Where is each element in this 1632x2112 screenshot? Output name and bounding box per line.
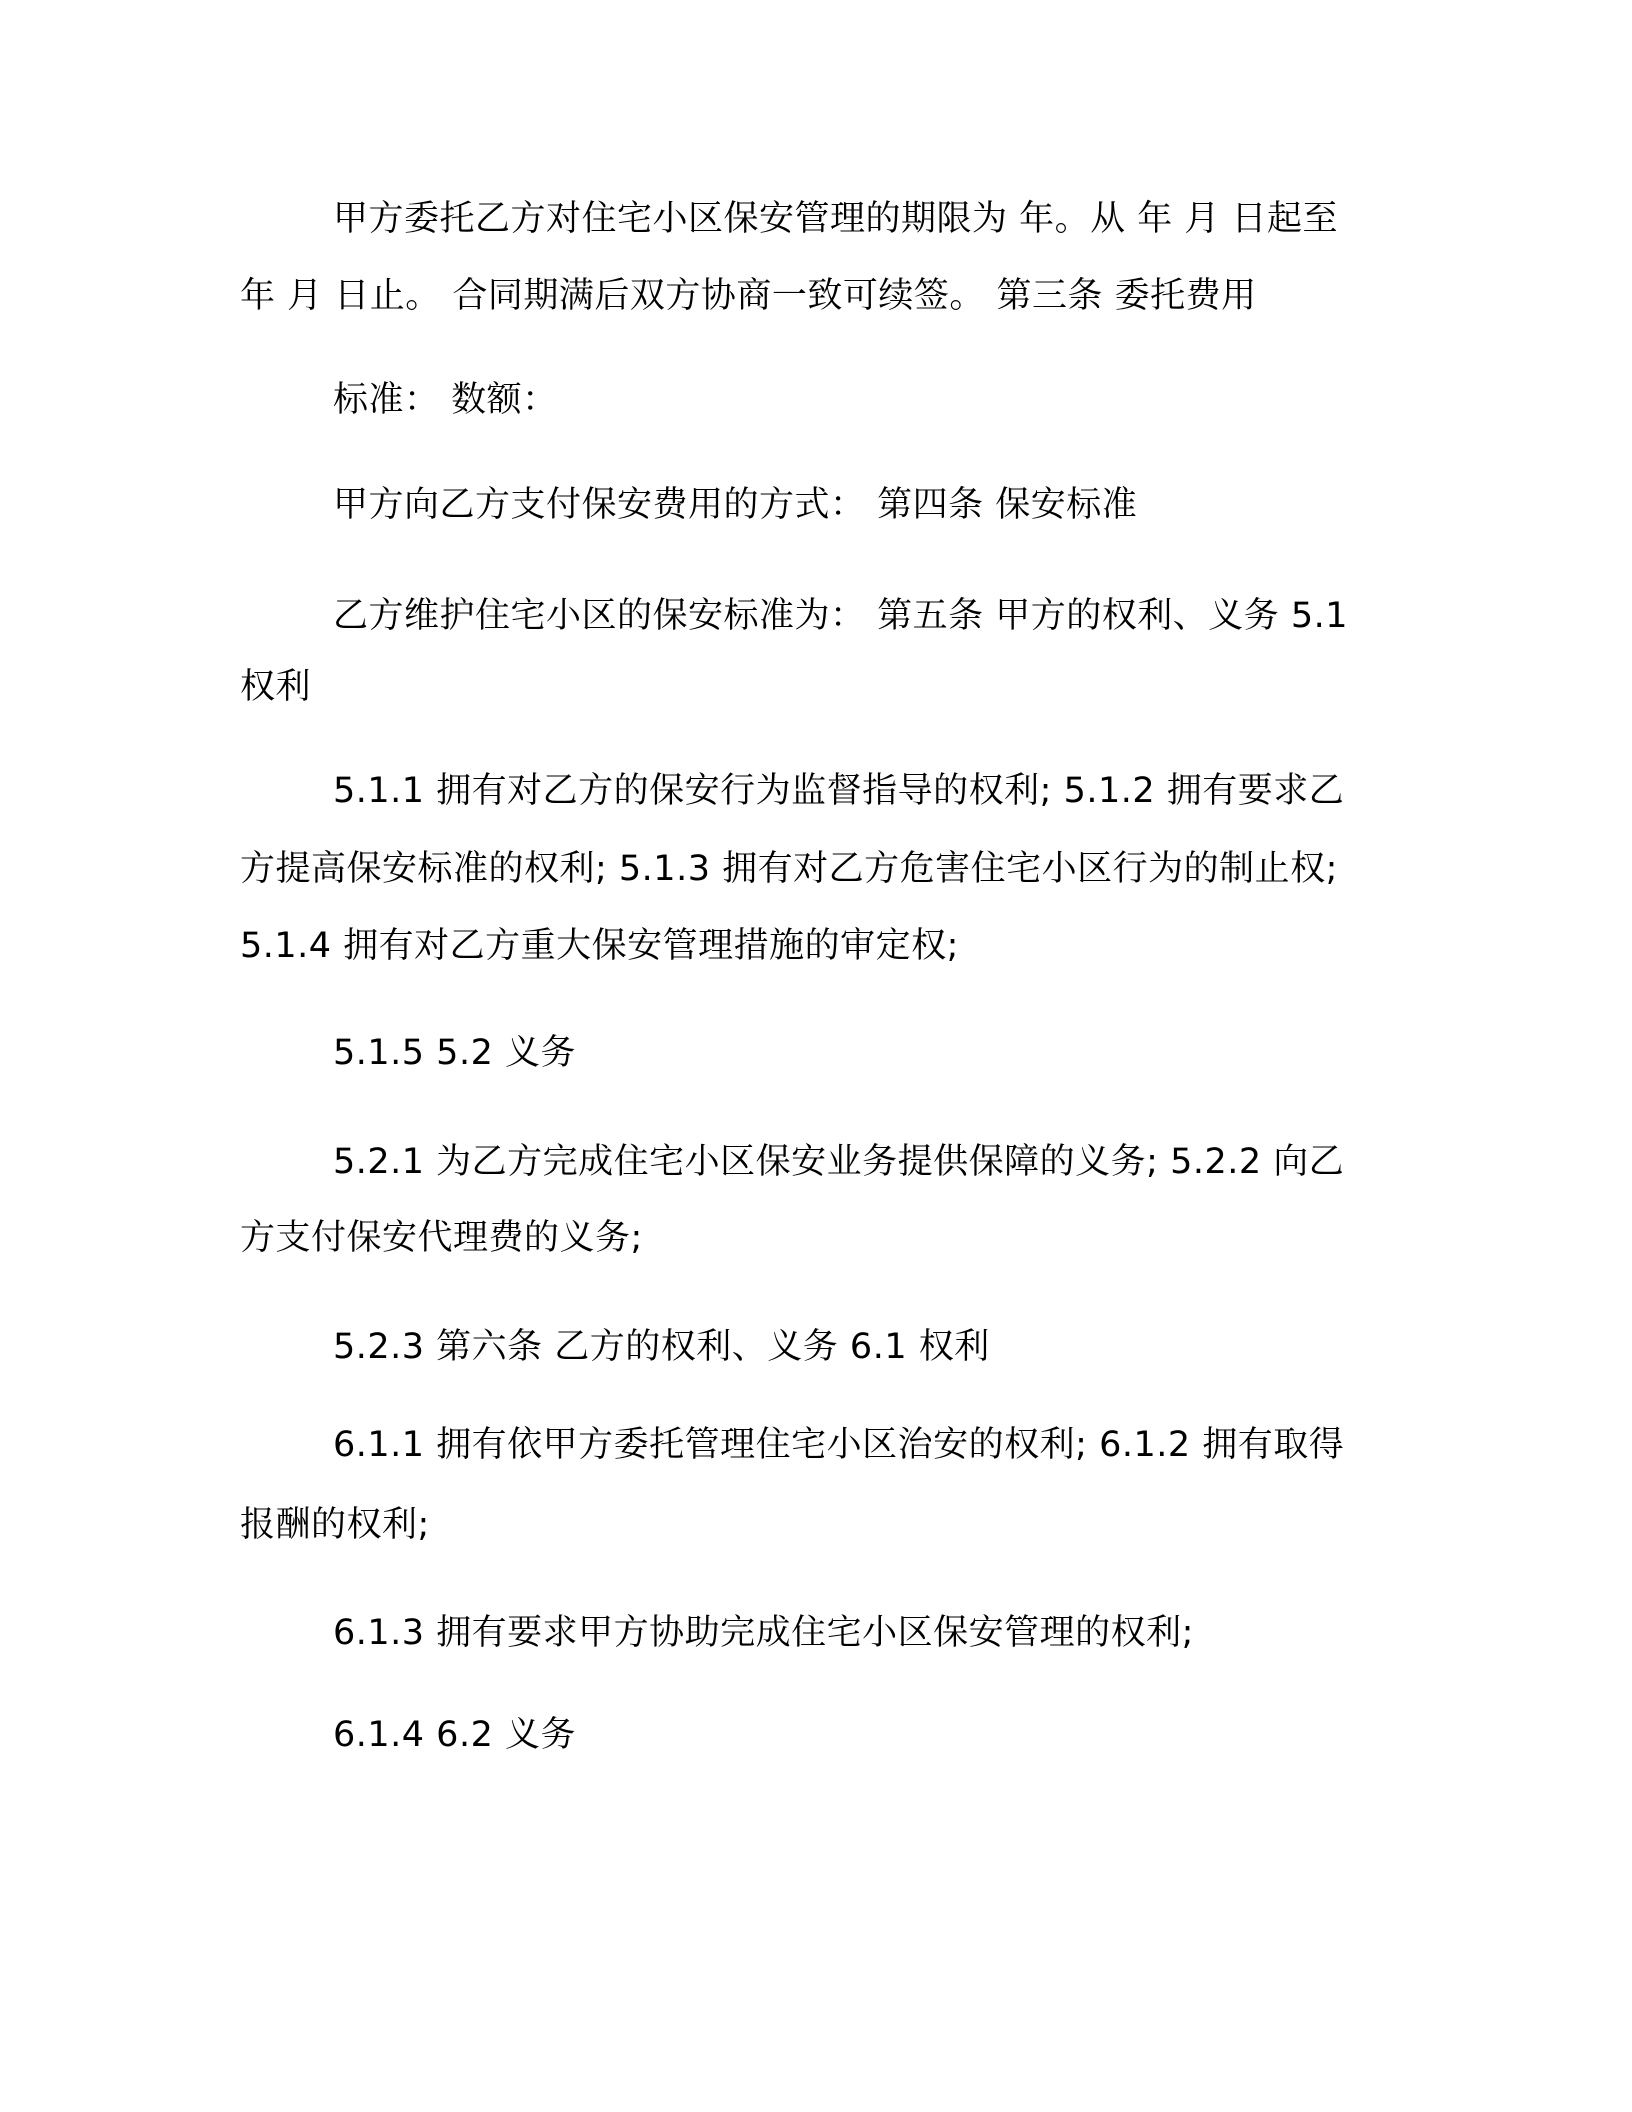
text-line: 5.1.5 5.2 义务 (333, 1028, 576, 1078)
text-line: 乙方维护住宅小区的保安标准为： 第五条 甲方的权利、义务 5.1 (333, 591, 1348, 641)
text-line: 方支付保安代理费的义务; (240, 1213, 643, 1263)
text-line: 权利 (240, 662, 311, 712)
document-page: 甲方委托乙方对住宅小区保安管理的期限为 年。从 年 月 日起至 年 月 日止。 … (0, 0, 1632, 2112)
text-line: 方提高保安标准的权利; 5.1.3 拥有对乙方危害住宅小区行为的制止权; (240, 844, 1338, 894)
text-line: 6.1.4 6.2 义务 (333, 1710, 576, 1760)
text-line: 5.2.1 为乙方完成住宅小区保安业务提供保障的义务; 5.2.2 向乙 (333, 1137, 1344, 1187)
text-line: 6.1.3 拥有要求甲方协助完成住宅小区保安管理的权利; (333, 1608, 1194, 1658)
text-line: 5.2.3 第六条 乙方的权利、义务 6.1 权利 (333, 1322, 990, 1372)
text-line: 年 月 日止。 合同期满后双方协商一致可续签。 第三条 委托费用 (240, 271, 1257, 321)
text-line: 标准： 数额： (333, 375, 558, 425)
text-line: 5.1.1 拥有对乙方的保安行为监督指导的权利; 5.1.2 拥有要求乙 (333, 766, 1344, 816)
text-line: 甲方向乙方支付保安费用的方式： 第四条 保安标准 (333, 480, 1137, 530)
text-line: 5.1.4 拥有对乙方重大保安管理措施的审定权; (240, 921, 959, 971)
text-line: 报酬的权利; (240, 1500, 430, 1550)
text-line: 甲方委托乙方对住宅小区保安管理的期限为 年。从 年 月 日起至 (333, 194, 1338, 244)
text-line: 6.1.1 拥有依甲方委托管理住宅小区治安的权利; 6.1.2 拥有取得 (333, 1420, 1344, 1470)
